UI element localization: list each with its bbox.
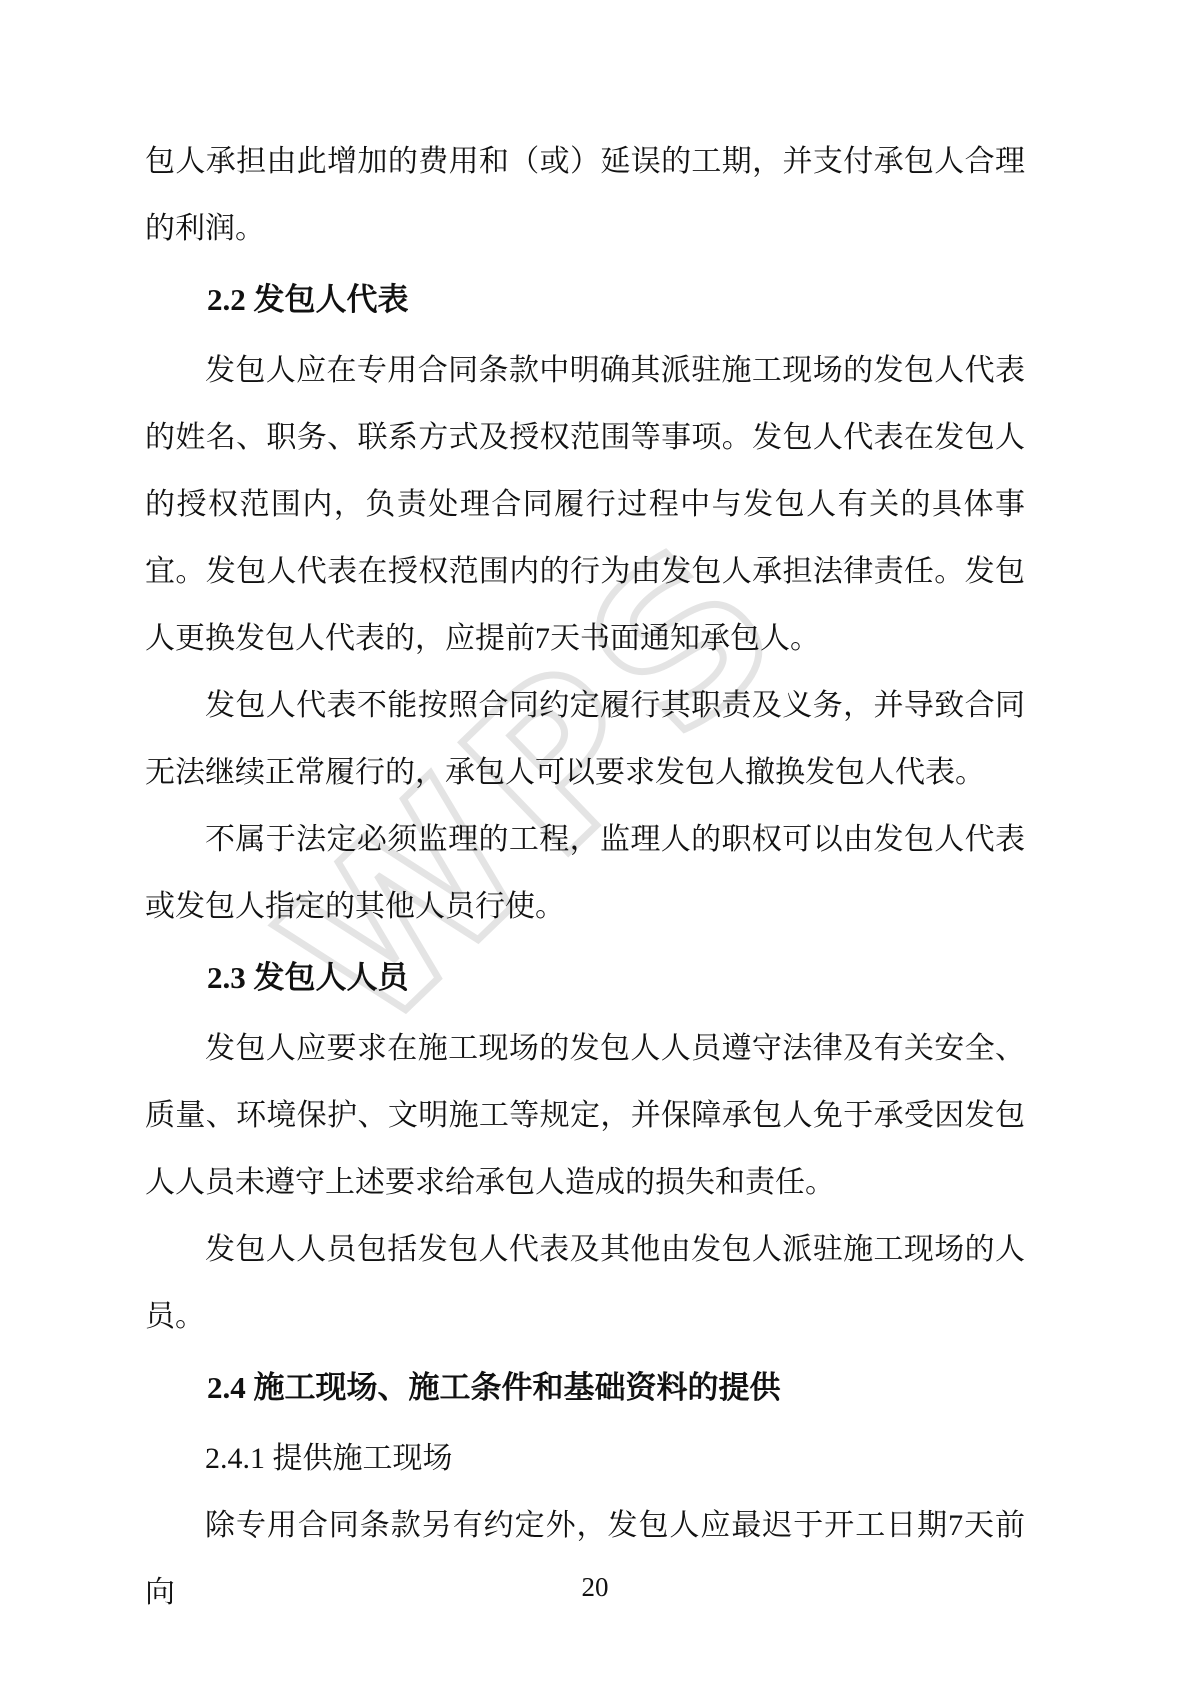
document-page: WPS 包人承担由此增加的费用和（或）延误的工期，并支付承包人合理的利润。2.2… [0,0,1190,1683]
section-heading: 2.3 发包人人员 [145,944,1025,1011]
page-number: 20 [0,1572,1190,1603]
paragraph: 发包人人员包括发包人代表及其他由发包人派驻施工现场的人员。 [145,1216,1025,1350]
document-content: 包人承担由此增加的费用和（或）延误的工期，并支付承包人合理的利润。2.2 发包人… [145,128,1025,1626]
paragraph: 发包人应要求在施工现场的发包人人员遵守法律及有关安全、质量、环境保护、文明施工等… [145,1015,1025,1216]
sub-heading: 2.4.1 提供施工现场 [145,1425,1025,1492]
heading-number: 2.3 [207,960,254,995]
paragraph: 不属于法定必须监理的工程，监理人的职权可以由发包人代表或发包人指定的其他人员行使… [145,806,1025,940]
paragraph: 除专用合同条款另有约定外，发包人应最迟于开工日期7天前向 [145,1492,1025,1626]
paragraph-continuation: 包人承担由此增加的费用和（或）延误的工期，并支付承包人合理的利润。 [145,128,1025,262]
section-heading: 2.4 施工现场、施工条件和基础资料的提供 [145,1354,1025,1421]
paragraph: 发包人应在专用合同条款中明确其派驻施工现场的发包人代表的姓名、职务、联系方式及授… [145,337,1025,672]
paragraph: 发包人代表不能按照合同约定履行其职责及义务，并导致合同无法继续正常履行的，承包人… [145,672,1025,806]
heading-number: 2.2 [207,282,254,317]
section-heading: 2.2 发包人代表 [145,266,1025,333]
heading-number: 2.4 [207,1370,254,1405]
